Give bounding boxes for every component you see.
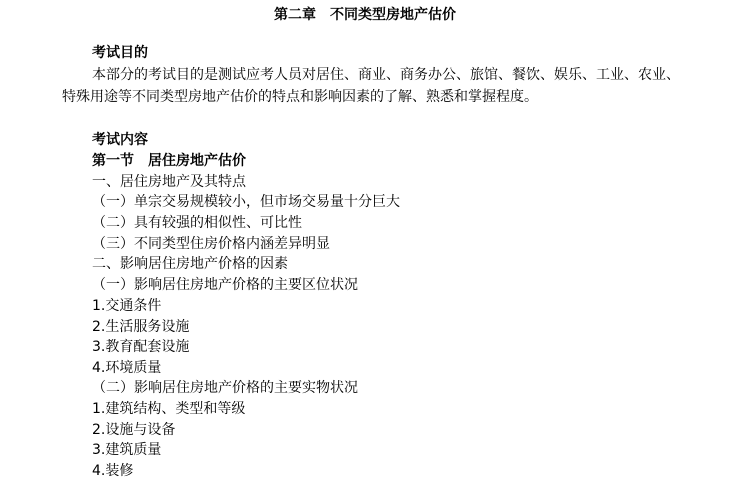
outline-item: （三）不同类型住房价格内涵差异明显 — [92, 234, 330, 254]
outline-item: 4.环境质量 — [92, 358, 161, 378]
outline-item: 3.教育配套设施 — [92, 337, 189, 357]
document-page: 第二章 不同类型房地产估价 考试目的 本部分的考试目的是测试应考人员对居住、商业… — [0, 0, 730, 483]
outline-item: 2.设施与设备 — [92, 420, 175, 440]
outline-item: 一、居住房地产及其特点 — [92, 172, 246, 192]
exam-purpose-paragraph-line-1: 本部分的考试目的是测试应考人员对居住、商业、商务办公、旅馆、餐饮、娱乐、工业、农… — [92, 65, 680, 85]
chapter-title: 第二章 不同类型房地产估价 — [0, 5, 730, 25]
outline-item: 二、影响居住房地产价格的因素 — [92, 254, 288, 274]
outline-item: （二）影响居住房地产价格的主要实物状况 — [92, 378, 358, 398]
outline-item: （一）影响居住房地产价格的主要区位状况 — [92, 275, 358, 295]
outline-item: （一）单宗交易规模较小，但市场交易量十分巨大 — [92, 192, 400, 212]
exam-purpose-heading: 考试目的 — [92, 43, 148, 63]
outline-item: 2.生活服务设施 — [92, 317, 189, 337]
outline-item: 4.装修 — [92, 461, 133, 481]
exam-content-heading: 考试内容 — [92, 130, 148, 150]
outline-item: 1.建筑结构、类型和等级 — [92, 399, 245, 419]
section-title: 第一节 居住房地产估价 — [92, 151, 246, 171]
outline-item: 3.建筑质量 — [92, 440, 161, 460]
outline-item: （二）具有较强的相似性、可比性 — [92, 213, 302, 233]
exam-purpose-paragraph-line-2: 特殊用途等不同类型房地产估价的特点和影响因素的了解、熟悉和掌握程度。 — [62, 87, 538, 107]
outline-item: 1.交通条件 — [92, 296, 161, 316]
